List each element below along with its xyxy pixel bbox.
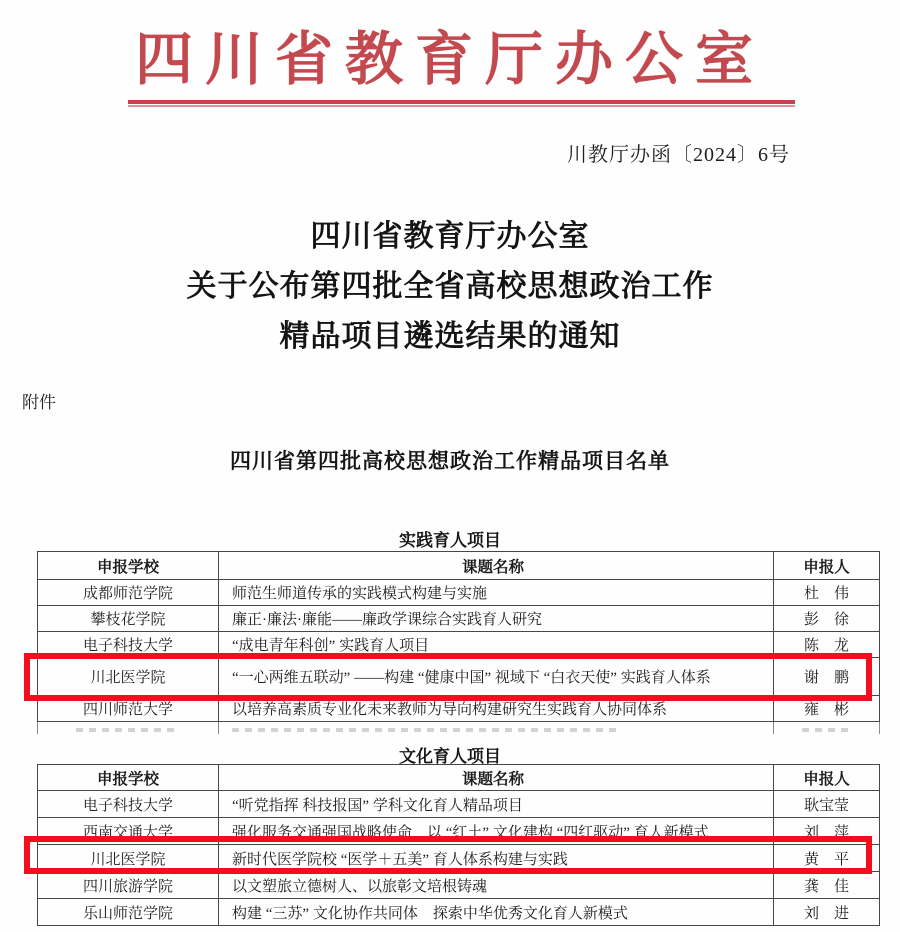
applicant-cell: 刘 进 — [774, 899, 880, 926]
truncated-cell — [774, 722, 880, 734]
school-cell: 成都师范学院 — [38, 580, 219, 606]
header-title: 课题名称 — [219, 765, 774, 791]
table-header-row: 申报学校 课题名称 申报人 — [38, 552, 880, 580]
divider-thick-line — [128, 100, 795, 104]
document-number: 川教厅办函〔2024〕6号 — [567, 138, 790, 167]
document-page: 四川省教育厅办公室 川教厅办函〔2024〕6号 四川省教育厅办公室 关于公布第四… — [0, 0, 900, 932]
project-title-cell: 以文塑旅立德树人、以旅彰文培根铸魂 — [219, 872, 774, 899]
project-title-cell: “成电青年科创” 实践育人项目 — [219, 632, 774, 658]
divider-thin-line — [128, 105, 795, 107]
school-cell: 攀枝花学院 — [38, 606, 219, 632]
header-school: 申报学校 — [38, 552, 219, 580]
school-cell: 川北医学院 — [38, 845, 219, 872]
table-row: 成都师范学院 师范生师道传承的实践模式构建与实施 杜 伟 — [38, 580, 880, 606]
letterhead-divider — [128, 100, 795, 107]
attachment-list-title: 四川省第四批高校思想政治工作精品项目名单 — [0, 445, 900, 475]
project-title-cell: 构建 “三苏” 文化协作共同体 探索中华优秀文化育人新模式 — [219, 899, 774, 926]
school-cell: 电子科技大学 — [38, 791, 219, 818]
applicant-cell: 彭 徐 — [774, 606, 880, 632]
project-title-cell: 强化服务交通强国战略使命 以 “红土” 文化建构 “四红驱动” 育人新模式 — [219, 818, 774, 845]
notice-title: 四川省教育厅办公室 关于公布第四批全省高校思想政治工作 精品项目遴选结果的通知 — [0, 212, 900, 362]
project-title-cell: “听党指挥 科技报国” 学科文化育人精品项目 — [219, 791, 774, 818]
applicant-cell: 黄 平 — [774, 845, 880, 872]
school-cell: 四川师范大学 — [38, 696, 219, 722]
applicant-cell: 刘 萍 — [774, 818, 880, 845]
project-title-cell: 新时代医学院校 “医学＋五美” 育人体系构建与实践 — [219, 845, 774, 872]
table-row: 电子科技大学 “听党指挥 科技报国” 学科文化育人精品项目 耿宝莹 — [38, 791, 880, 818]
notice-title-line-1: 四川省教育厅办公室 — [0, 212, 900, 262]
applicant-cell: 龚 佳 — [774, 872, 880, 899]
table-header-row: 申报学校 课题名称 申报人 — [38, 765, 880, 791]
school-cell: 四川旅游学院 — [38, 872, 219, 899]
table-row: 攀枝花学院 廉正·廉法·廉能——廉政学课综合实践育人研究 彭 徐 — [38, 606, 880, 632]
header-title: 课题名称 — [219, 552, 774, 580]
truncated-cell — [219, 722, 774, 734]
applicant-cell: 雍 彬 — [774, 696, 880, 722]
project-title-cell: 师范生师道传承的实践模式构建与实施 — [219, 580, 774, 606]
table1-caption: 实践育人项目 — [0, 526, 900, 551]
table-row: 西南交通大学 强化服务交通强国战略使命 以 “红土” 文化建构 “四红驱动” 育… — [38, 818, 880, 845]
applicant-cell: 耿宝莹 — [774, 791, 880, 818]
project-title-cell: 以培养高素质专业化未来教师为导向构建研究生实践育人协同体系 — [219, 696, 774, 722]
school-cell: 乐山师范学院 — [38, 899, 219, 926]
letterhead-title: 四川省教育厅办公室 — [0, 12, 900, 96]
project-title-cell: “一心两维五联动” ——构建 “健康中国” 视域下 “白衣天使” 实践育人体系 — [219, 658, 774, 696]
table-row: 电子科技大学 “成电青年科创” 实践育人项目 陈 龙 — [38, 632, 880, 658]
table-row: 四川旅游学院 以文塑旅立德树人、以旅彰文培根铸魂 龚 佳 — [38, 872, 880, 899]
header-school: 申报学校 — [38, 765, 219, 791]
school-cell: 西南交通大学 — [38, 818, 219, 845]
table-row: 乐山师范学院 构建 “三苏” 文化协作共同体 探索中华优秀文化育人新模式 刘 进 — [38, 899, 880, 926]
table-row-highlighted: 川北医学院 新时代医学院校 “医学＋五美” 育人体系构建与实践 黄 平 — [38, 845, 880, 872]
applicant-cell: 谢 鹏 — [774, 658, 880, 696]
applicant-cell: 陈 龙 — [774, 632, 880, 658]
table-row: 四川师范大学 以培养高素质专业化未来教师为导向构建研究生实践育人协同体系 雍 彬 — [38, 696, 880, 722]
project-title-cell: 廉正·廉法·廉能——廉政学课综合实践育人研究 — [219, 606, 774, 632]
truncated-cell — [38, 722, 219, 734]
practice-projects-table: 申报学校 课题名称 申报人 成都师范学院 师范生师道传承的实践模式构建与实施 杜… — [37, 551, 880, 734]
table-row-truncated — [38, 722, 880, 734]
notice-title-line-3: 精品项目遴选结果的通知 — [0, 312, 900, 362]
header-person: 申报人 — [774, 765, 880, 791]
attachment-label: 附件 — [22, 388, 56, 413]
header-person: 申报人 — [774, 552, 880, 580]
applicant-cell: 杜 伟 — [774, 580, 880, 606]
school-cell: 电子科技大学 — [38, 632, 219, 658]
culture-projects-table: 申报学校 课题名称 申报人 电子科技大学 “听党指挥 科技报国” 学科文化育人精… — [37, 764, 880, 926]
school-cell: 川北医学院 — [38, 658, 219, 696]
notice-title-line-2: 关于公布第四批全省高校思想政治工作 — [0, 262, 900, 312]
table-row-highlighted: 川北医学院 “一心两维五联动” ——构建 “健康中国” 视域下 “白衣天使” 实… — [38, 658, 880, 696]
